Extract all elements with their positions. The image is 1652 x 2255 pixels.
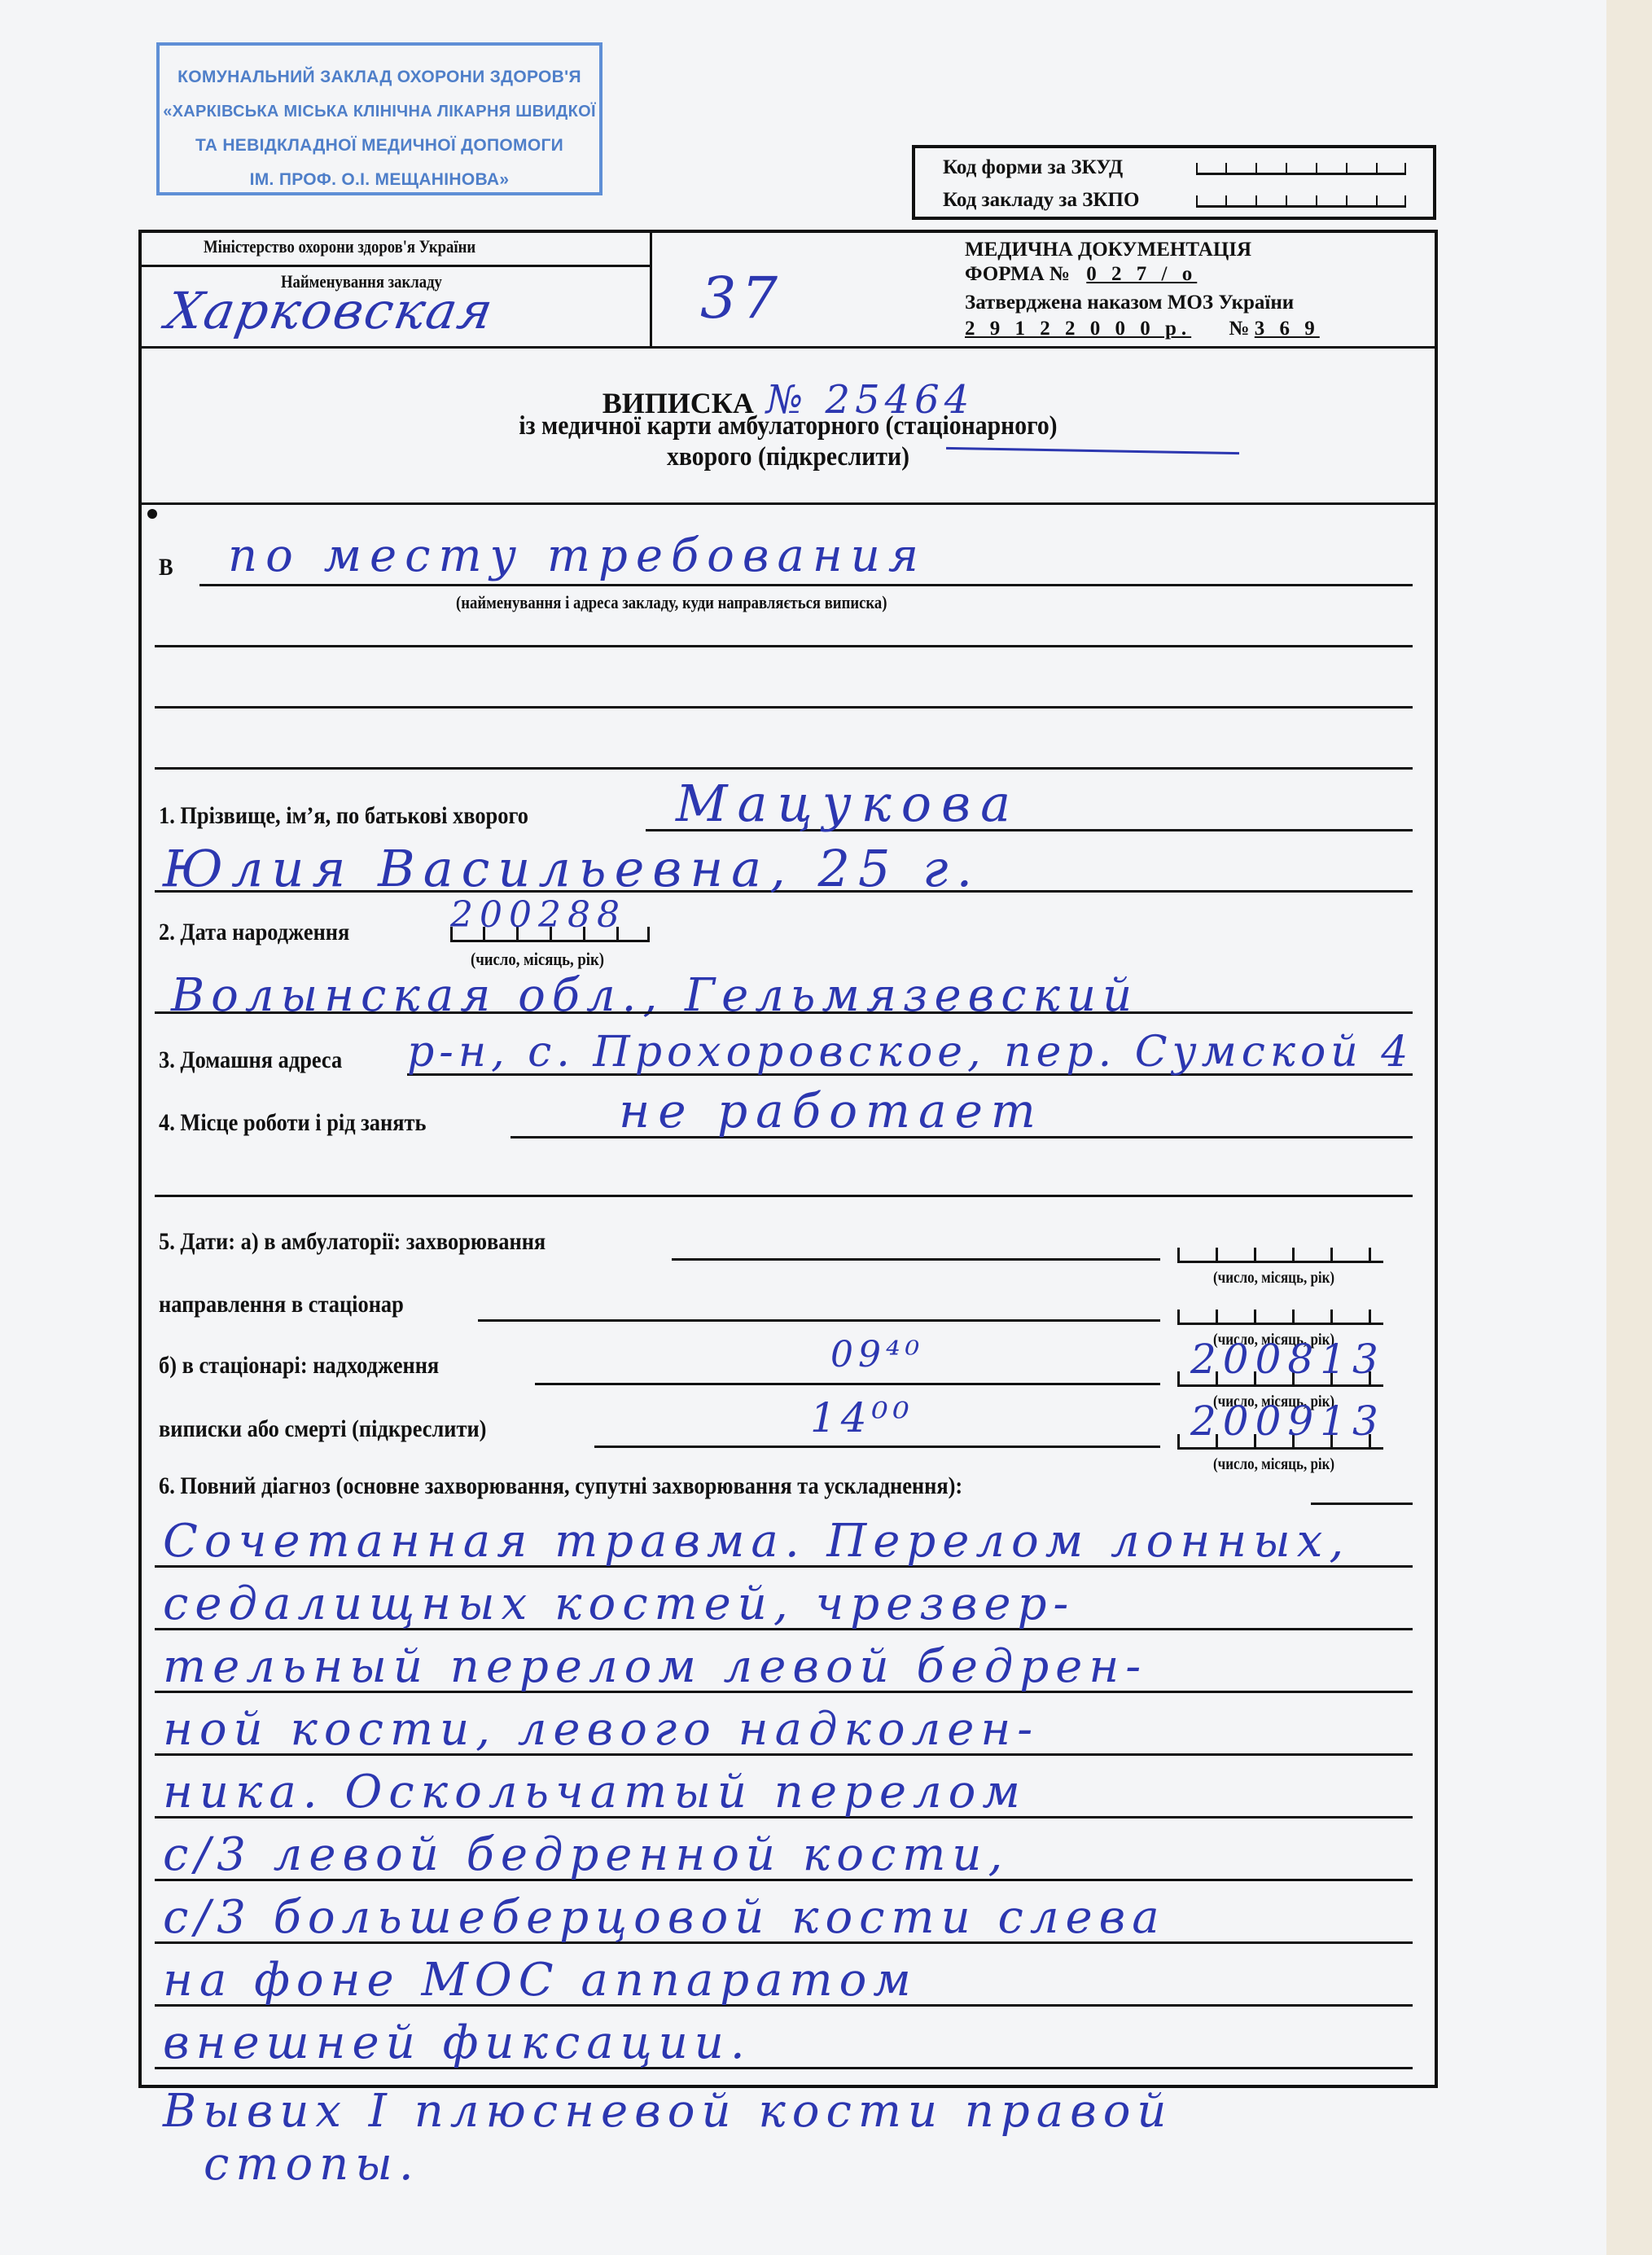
referral-date-field[interactable] bbox=[1177, 1308, 1383, 1325]
order-prefix: № bbox=[1229, 318, 1249, 340]
approved-date: 2 9 1 2 2 0 0 0 р. bbox=[965, 318, 1191, 340]
discharge-time: 14⁰⁰ bbox=[810, 1394, 914, 1441]
stamp-line: КОМУНАЛЬНИЙ ЗАКЛАД ОХОРОНИ ЗДОРОВ'Я bbox=[160, 60, 599, 94]
admission-time-line[interactable] bbox=[535, 1383, 1160, 1385]
zkud-code-cells[interactable] bbox=[1196, 163, 1406, 175]
institution-handwritten: Харковская bbox=[162, 281, 499, 340]
blank-line[interactable] bbox=[155, 645, 1413, 647]
discharge-date: 200913 bbox=[1190, 1397, 1385, 1445]
diagnosis-text: седалищных костей, чрезвер- bbox=[163, 1577, 1075, 1630]
header-divider bbox=[650, 230, 652, 348]
diagnosis-text: на фоне МОС аппаратом bbox=[163, 1954, 918, 2007]
dob-value: 200288 bbox=[450, 894, 626, 936]
zkpo-code-cells[interactable] bbox=[1196, 195, 1406, 208]
header-rule bbox=[138, 265, 651, 267]
dates-illness-label: 5. Дати: а) в амбулаторії: захворювання bbox=[159, 1228, 546, 1256]
discharge-date-caption: (число, місяць, рік) bbox=[1213, 1455, 1334, 1474]
ministry-label: Міністерство охорони здоров'я України bbox=[204, 236, 475, 257]
title-rule bbox=[138, 502, 1438, 505]
document-title: ВИПИСКА № 25464 із медичної карти амбула… bbox=[138, 371, 1438, 501]
form-label: ФОРМА № bbox=[965, 263, 1070, 285]
referral-label: направлення в стаціонар bbox=[159, 1291, 404, 1318]
med-doc-label: МЕДИЧНА ДОКУМЕНТАЦІЯ bbox=[965, 239, 1251, 261]
stamp-line: ІМ. ПРОФ. О.І. МЕЩАНІНОВА» bbox=[160, 163, 599, 197]
dob-caption: (число, місяць, рік) bbox=[471, 949, 604, 970]
work-label: 4. Місце роботи і рід занять bbox=[159, 1109, 426, 1137]
stamp-line: «ХАРКІВСЬКА МІСЬКА КЛІНІЧНА ЛІКАРНЯ ШВИД… bbox=[160, 94, 599, 129]
bullet-mark bbox=[147, 509, 157, 519]
diagnosis-overflow-line: стопы. bbox=[204, 2138, 420, 2191]
illness-date-caption: (число, місяць, рік) bbox=[1213, 1269, 1334, 1288]
discharge-time-line[interactable] bbox=[594, 1446, 1160, 1448]
title-line3: хворого (підкреслити) bbox=[204, 442, 1373, 472]
paper-edge bbox=[1606, 0, 1652, 2255]
form-number-label: ФОРМА № 0 2 7 / о bbox=[965, 263, 1197, 286]
header-rule bbox=[138, 346, 1438, 349]
stamp-line: ТА НЕВІДКЛАДНОЇ МЕДИЧНОЇ ДОПОМОГИ bbox=[160, 129, 599, 163]
to-field-line[interactable] bbox=[199, 584, 1413, 586]
zkpo-label: Код закладу за ЗКПО bbox=[943, 189, 1139, 212]
address-value: р-н, с. Прохоровское, пер. Сумской 4 bbox=[407, 1028, 1413, 1077]
admission-label: б) в стаціонарі: надходження bbox=[159, 1352, 439, 1380]
blank-line[interactable] bbox=[155, 1195, 1413, 1197]
address-line-1[interactable] bbox=[155, 1011, 1413, 1014]
name-value-surname: Мацукова bbox=[676, 774, 1020, 833]
blank-line[interactable] bbox=[155, 706, 1413, 709]
diagnosis-text: с/3 левой бедренной кости, bbox=[163, 1828, 1009, 1881]
diagnosis-first-line[interactable] bbox=[1311, 1503, 1413, 1505]
address-region-value: Волынская обл., Гельмязевский bbox=[171, 969, 1138, 1022]
diagnosis-text: ника. Оскольчатый перелом bbox=[163, 1766, 1027, 1818]
hospital-stamp: КОМУНАЛЬНИЙ ЗАКЛАД ОХОРОНИ ЗДОРОВ'Я «ХАР… bbox=[156, 42, 603, 195]
diagnosis-text: внешней фиксации. bbox=[163, 2016, 752, 2069]
admission-time: 09⁴⁰ bbox=[830, 1334, 924, 1375]
diagnosis-text: Сочетанная травма. Перелом лонных, bbox=[163, 1515, 1350, 1568]
zkud-label: Код форми за ЗКУД bbox=[943, 156, 1123, 179]
to-prefix: В bbox=[159, 554, 173, 581]
diagnosis-text: тельный перелом левой бедрен- bbox=[163, 1640, 1147, 1693]
diagnosis-label: 6. Повний діагноз (основне захворювання,… bbox=[159, 1472, 962, 1500]
name-value-given: Юлия Васильевна, 25 г. bbox=[163, 839, 980, 898]
diagnosis-text: ной кости, левого надколен- bbox=[163, 1703, 1039, 1756]
discharge-label: виписки або смерті (підкреслити) bbox=[159, 1415, 486, 1443]
form-code-box: Код форми за ЗКУД Код закладу за ЗКПО bbox=[912, 145, 1436, 220]
to-field-caption: (найменування і адреса закладу, куди нап… bbox=[456, 592, 887, 613]
to-field-value: по месту требования bbox=[228, 529, 927, 582]
document-page: КОМУНАЛЬНИЙ ЗАКЛАД ОХОРОНИ ЗДОРОВ'Я «ХАР… bbox=[0, 0, 1606, 2255]
diagnosis-overflow-line: Вывих I плюсневой кости правой bbox=[163, 2085, 1172, 2138]
illness-date-field[interactable] bbox=[1177, 1246, 1383, 1263]
order-number: 3 6 9 bbox=[1255, 318, 1320, 340]
work-value: не работает bbox=[619, 1083, 1044, 1138]
form-number: 0 2 7 / о bbox=[1086, 263, 1197, 285]
approved-label: Затверджена наказом МОЗ України bbox=[965, 292, 1294, 314]
approved-date-row: 2 9 1 2 2 0 0 0 р. № 3 6 9 bbox=[965, 318, 1320, 340]
address-label: 3. Домашня адреса bbox=[159, 1046, 342, 1074]
blank-line[interactable] bbox=[155, 767, 1413, 770]
admission-date: 200813 bbox=[1190, 1336, 1385, 1383]
name-label: 1. Прізвище, ім’я, по батькові хворого bbox=[159, 802, 528, 830]
institution-number-handwritten: 37 bbox=[700, 265, 782, 331]
dob-label: 2. Дата народження bbox=[159, 919, 349, 946]
illness-date-line[interactable] bbox=[672, 1258, 1160, 1261]
title-line2: із медичної карти амбулаторного (стаціон… bbox=[204, 411, 1373, 441]
diagnosis-text: с/3 большеберцовой кости слева bbox=[163, 1891, 1166, 1944]
referral-date-line[interactable] bbox=[478, 1319, 1160, 1322]
